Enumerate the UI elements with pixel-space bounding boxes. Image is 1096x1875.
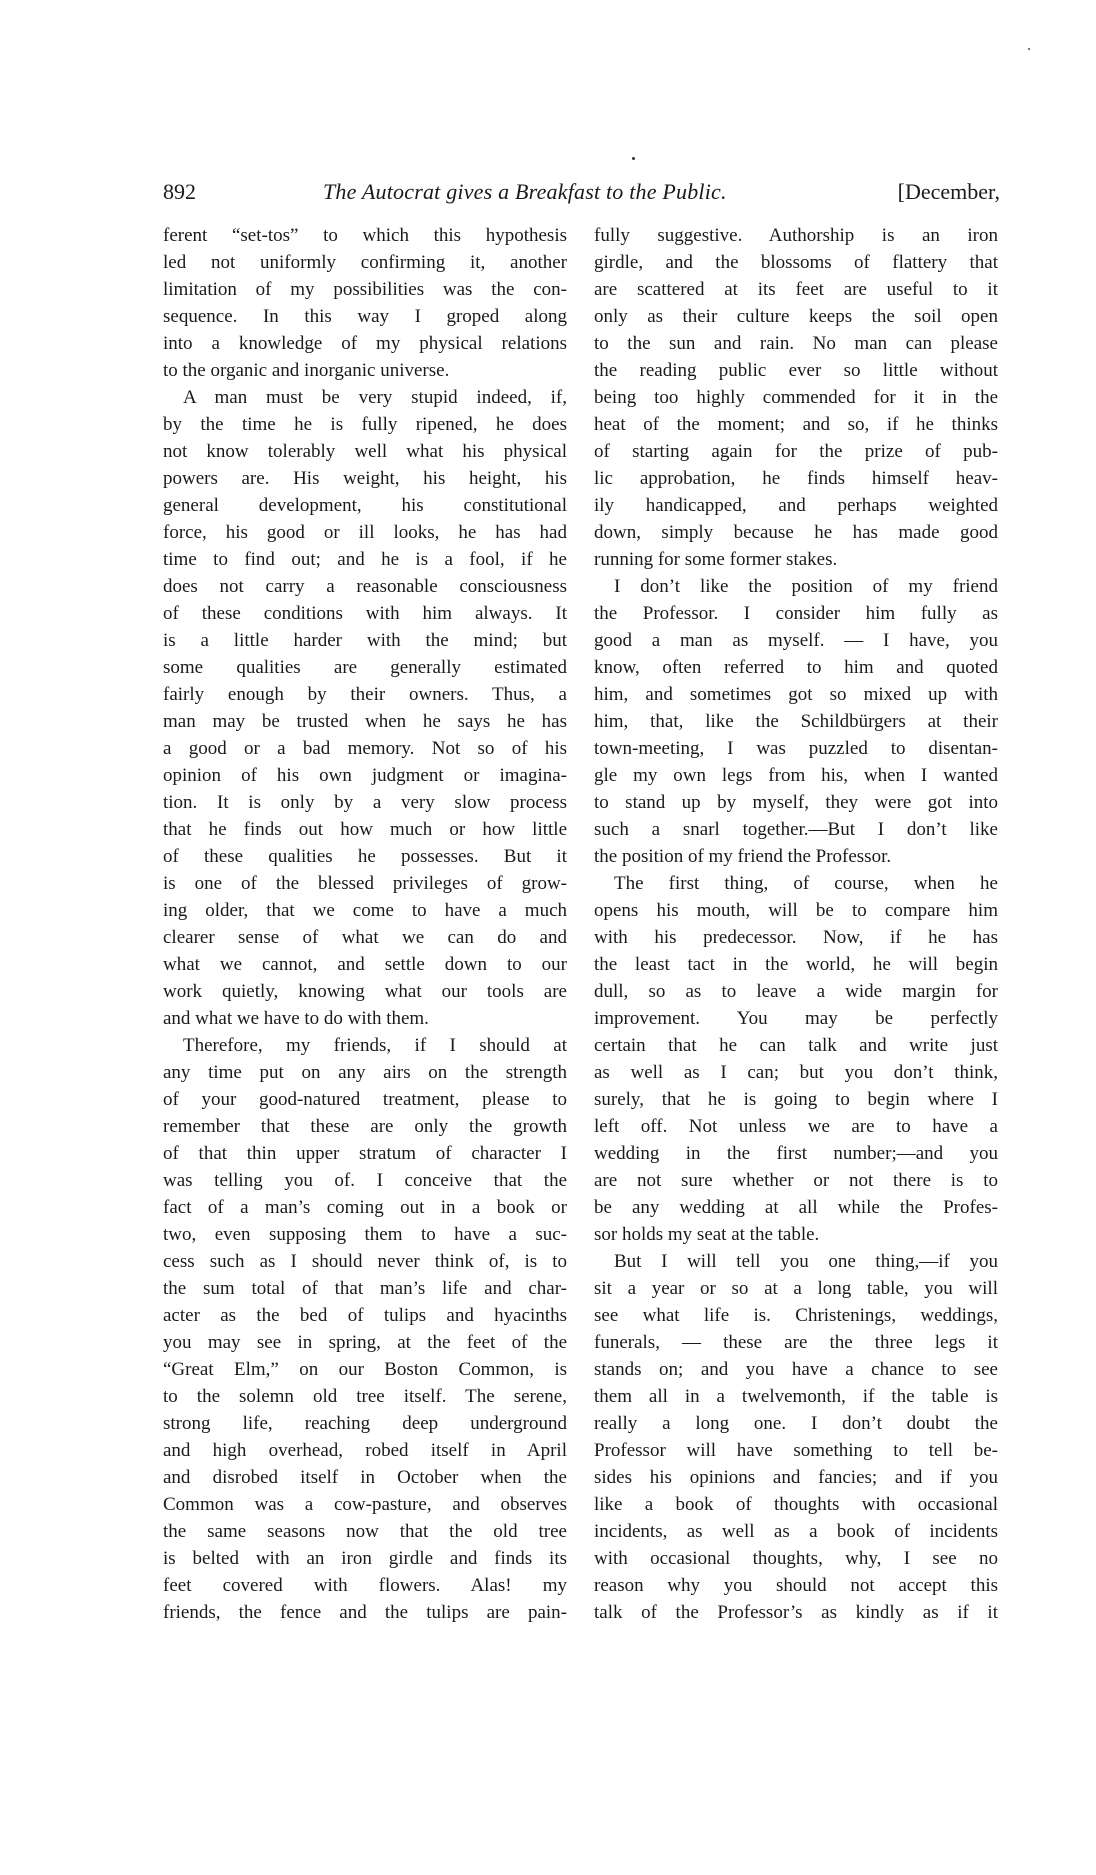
text-line: remember that these are only the growth [163,1113,567,1140]
text-line: the reading public ever so little withou… [594,357,998,384]
text-line: know, often referred to him and quoted [594,654,998,681]
right-column: fully suggestive. Authorship is an irong… [594,222,998,1626]
text-line: be any wedding at all while the Profes- [594,1194,998,1221]
text-line: Therefore, my friends, if I should at [163,1032,567,1059]
text-line: fully suggestive. Authorship is an iron [594,222,998,249]
text-line: fairly enough by their owners. Thus, a [163,681,567,708]
text-line: Common was a cow-pasture, and observes [163,1491,567,1518]
text-line: being too highly commended for it in the [594,384,998,411]
text-line: of these qualities he possesses. But it [163,843,567,870]
text-line: are scattered at its feet are useful to … [594,276,998,303]
text-line: only as their culture keeps the soil ope… [594,303,998,330]
text-line: a good or a bad memory. Not so of his [163,735,567,762]
text-line: of your good-natured treatment, please t… [163,1086,567,1113]
text-line: see what life is. Christenings, weddings… [594,1302,998,1329]
text-line: and high overhead, robed itself in April [163,1437,567,1464]
text-line: wedding in the first number;—and you [594,1140,998,1167]
text-line: ily handicapped, and perhaps weighted [594,492,998,519]
text-line: such a snarl together.—But I don’t like [594,816,998,843]
text-line: of starting again for the prize of pub- [594,438,998,465]
text-line: A man must be very stupid indeed, if, [163,384,567,411]
text-line: ferent “set-tos” to which this hypothesi… [163,222,567,249]
text-line: “Great Elm,” on our Boston Common, is [163,1356,567,1383]
ink-dot [632,157,635,160]
left-column: ferent “set-tos” to which this hypothesi… [163,222,567,1626]
text-line: some qualities are generally estimated [163,654,567,681]
text-line: the position of my friend the Professor. [594,843,998,870]
text-line: them all in a twelvemonth, if the table … [594,1383,998,1410]
text-line: acter as the bed of tulips and hyacinths [163,1302,567,1329]
text-line: to the solemn old tree itself. The seren… [163,1383,567,1410]
text-line: Professor will have something to tell be… [594,1437,998,1464]
text-line: the sum total of that man’s life and cha… [163,1275,567,1302]
text-line: running for some former stakes. [594,546,998,573]
text-line: talk of the Professor’s as kindly as if … [594,1599,998,1626]
text-line: was telling you of. I conceive that the [163,1167,567,1194]
text-line: like a book of thoughts with occasional [594,1491,998,1518]
running-title: The Autocrat gives a Breakfast to the Pu… [323,174,727,210]
text-line: surely, that he is going to begin where … [594,1086,998,1113]
text-line: him, that, like the Schildbürgers at the… [594,708,998,735]
text-line: is belted with an iron girdle and finds … [163,1545,567,1572]
text-line: strong life, reaching deep underground [163,1410,567,1437]
text-line: of these conditions with him always. It [163,600,567,627]
text-line: improvement. You may be perfectly [594,1005,998,1032]
text-line: opens his mouth, will be to compare him [594,897,998,924]
text-line: the least tact in the world, he will beg… [594,951,998,978]
text-line: to the organic and inorganic universe. [163,357,567,384]
text-line: force, his good or ill looks, he has had [163,519,567,546]
text-line: left off. Not unless we are to have a [594,1113,998,1140]
running-head: 892 The Autocrat gives a Breakfast to th… [163,174,1000,210]
text-line: time to find out; and he is a fool, if h… [163,546,567,573]
text-line: that he finds out how much or how little [163,816,567,843]
text-line: of that thin upper stratum of character … [163,1140,567,1167]
text-line: clearer sense of what we can do and [163,924,567,951]
text-line: two, even supposing them to have a suc- [163,1221,567,1248]
page-number: 892 [163,174,196,210]
text-line: with occasional thoughts, why, I see no [594,1545,998,1572]
text-line: The first thing, of course, when he [594,870,998,897]
text-line: by the time he is fully ripened, he does [163,411,567,438]
text-line: down, simply because he has made good [594,519,998,546]
text-line: sor holds my seat at the table. [594,1221,998,1248]
text-line: heat of the moment; and so, if he thinks [594,411,998,438]
text-line: I don’t like the position of my friend [594,573,998,600]
text-line: tion. It is only by a very slow process [163,789,567,816]
text-line: to the sun and rain. No man can please [594,330,998,357]
text-line: friends, the fence and the tulips are pa… [163,1599,567,1626]
text-line: into a knowledge of my physical relation… [163,330,567,357]
text-line: But I will tell you one thing,—if you [594,1248,998,1275]
text-line: girdle, and the blossoms of flattery tha… [594,249,998,276]
text-line: and disrobed itself in October when the [163,1464,567,1491]
text-line: dull, so as to leave a wide margin for [594,978,998,1005]
scan-speck [1028,48,1030,50]
text-line: with his predecessor. Now, if he has [594,924,998,951]
text-line: limitation of my possibilities was the c… [163,276,567,303]
text-line: feet covered with flowers. Alas! my [163,1572,567,1599]
text-line: him, and sometimes got so mixed up with [594,681,998,708]
text-line: the same seasons now that the old tree [163,1518,567,1545]
text-line: not know tolerably well what his physica… [163,438,567,465]
running-month: [December, [898,174,1000,210]
text-line: sit a year or so at a long table, you wi… [594,1275,998,1302]
text-line: powers are. His weight, his height, his [163,465,567,492]
document-page: 892 The Autocrat gives a Breakfast to th… [0,0,1096,1875]
text-line: are not sure whether or not there is to [594,1167,998,1194]
text-line: opinion of his own judgment or imagina- [163,762,567,789]
text-line: incidents, as well as a book of incident… [594,1518,998,1545]
text-line: any time put on any airs on the strength [163,1059,567,1086]
text-line: really a long one. I don’t doubt the [594,1410,998,1437]
text-line: man may be trusted when he says he has [163,708,567,735]
text-line: general development, his constitutional [163,492,567,519]
text-line: led not uniformly confirming it, another [163,249,567,276]
text-line: funerals, — these are the three legs it [594,1329,998,1356]
text-line: what we cannot, and settle down to our [163,951,567,978]
text-line: fact of a man’s coming out in a book or [163,1194,567,1221]
text-line: the Professor. I consider him fully as [594,600,998,627]
text-line: as well as I can; but you don’t think, [594,1059,998,1086]
text-line: ing older, that we come to have a much [163,897,567,924]
text-line: gle my own legs from his, when I wanted [594,762,998,789]
text-line: does not carry a reasonable consciousnes… [163,573,567,600]
text-line: and what we have to do with them. [163,1005,567,1032]
text-line: is one of the blessed privileges of grow… [163,870,567,897]
text-line: certain that he can talk and write just [594,1032,998,1059]
text-line: sides his opinions and fancies; and if y… [594,1464,998,1491]
text-line: lic approbation, he finds himself heav- [594,465,998,492]
text-line: good a man as myself. — I have, you [594,627,998,654]
text-line: is a little harder with the mind; but [163,627,567,654]
text-line: reason why you should not accept this [594,1572,998,1599]
text-line: cess such as I should never think of, is… [163,1248,567,1275]
text-line: sequence. In this way I groped along [163,303,567,330]
text-line: work quietly, knowing what our tools are [163,978,567,1005]
text-line: stands on; and you have a chance to see [594,1356,998,1383]
text-line: to stand up by myself, they were got int… [594,789,998,816]
text-line: you may see in spring, at the feet of th… [163,1329,567,1356]
text-line: town-meeting, I was puzzled to disentan- [594,735,998,762]
